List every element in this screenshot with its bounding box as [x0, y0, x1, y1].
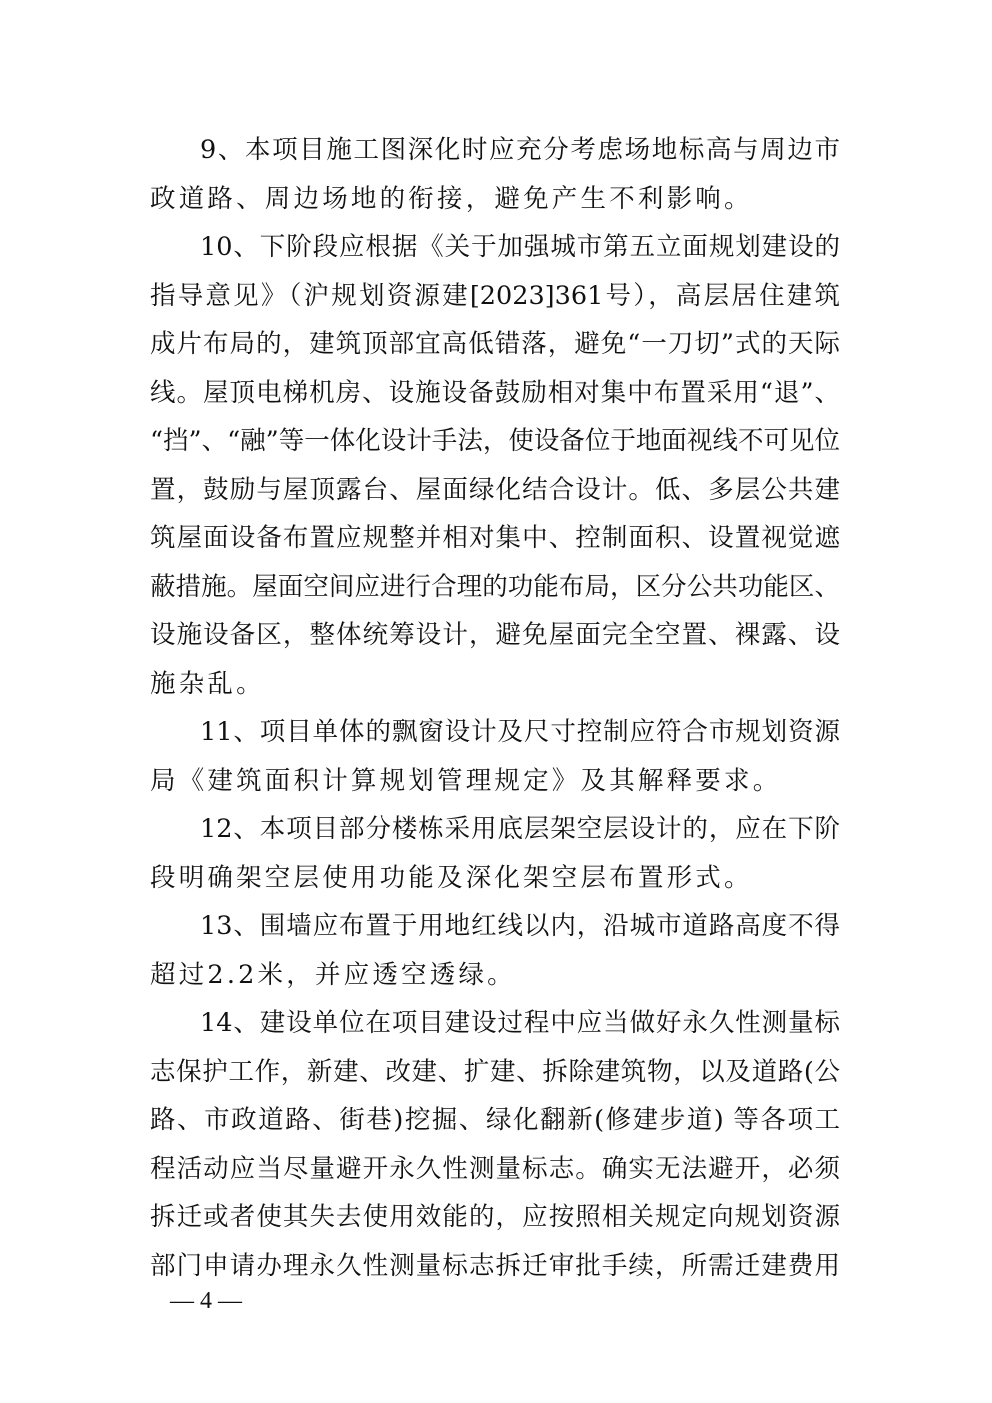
- paragraph-9-line-1: 9、本项目施工图深化时应充分考虑场地标高与周边市: [200, 130, 840, 170]
- paragraph-10-line-7: 筑屋面设备布置应规整并相对集中、控制面积、设置视觉遮: [150, 518, 840, 558]
- document-page: 9、本项目施工图深化时应充分考虑场地标高与周边市 政道路、周边场地的衔接，避免产…: [0, 0, 992, 1403]
- paragraph-14-line-6: 部门申请办理永久性测量标志拆迁审批手续，所需迁建费用: [150, 1246, 840, 1286]
- paragraph-10-line-3: 成片布局的，建筑顶部宜高低错落，避免“一刀切”式的天际: [150, 324, 840, 364]
- paragraph-13-line-2: 超过2.2米，并应透空透绿。: [150, 955, 840, 995]
- paragraph-10-line-8: 蔽措施。屋面空间应进行合理的功能布局，区分公共功能区、: [150, 567, 840, 607]
- paragraph-12-line-1: 12、本项目部分楼栋采用底层架空层设计的，应在下阶: [200, 809, 840, 849]
- paragraph-10-line-10: 施杂乱。: [150, 664, 840, 704]
- paragraph-14-line-4: 程活动应当尽量避开永久性测量标志。确实无法避开，必须: [150, 1149, 840, 1189]
- paragraph-11-line-1: 11、项目单体的飘窗设计及尺寸控制应符合市规划资源: [200, 712, 840, 752]
- paragraph-10-line-2: 指导意见》（沪规划资源建[2023]361号），高层居住建筑: [150, 276, 840, 316]
- paragraph-10-line-6: 置，鼓励与屋顶露台、屋面绿化结合设计。低、多层公共建: [150, 470, 840, 510]
- paragraph-10-line-9: 设施设备区，整体统筹设计，避免屋面完全空置、裸露、设: [150, 615, 840, 655]
- paragraph-13-line-1: 13、围墙应布置于用地红线以内，沿城市道路高度不得: [200, 906, 840, 946]
- paragraph-10-line-5: “挡”、“融”等一体化设计手法，使设备位于地面视线不可见位: [150, 421, 840, 461]
- paragraph-14-line-1: 14、建设单位在项目建设过程中应当做好永久性测量标: [200, 1003, 840, 1043]
- paragraph-11-line-2: 局《建筑面积计算规划管理规定》及其解释要求。: [150, 761, 840, 801]
- paragraph-10-line-1: 10、下阶段应根据《关于加强城市第五立面规划建设的: [200, 227, 840, 267]
- page-number: — 4 —: [170, 1288, 242, 1315]
- paragraph-9-line-2: 政道路、周边场地的衔接，避免产生不利影响。: [150, 179, 840, 219]
- paragraph-14-line-5: 拆迁或者使其失去使用效能的，应按照相关规定向规划资源: [150, 1197, 840, 1237]
- paragraph-14-line-2: 志保护工作，新建、改建、扩建、拆除建筑物，以及道路(公: [150, 1052, 840, 1092]
- paragraph-14-line-3: 路、市政道路、街巷)挖掘、绿化翻新(修建步道) 等各项工: [150, 1100, 840, 1140]
- paragraph-10-line-4: 线。屋顶电梯机房、设施设备鼓励相对集中布置采用“退”、: [150, 373, 840, 413]
- paragraph-12-line-2: 段明确架空层使用功能及深化架空层布置形式。: [150, 858, 840, 898]
